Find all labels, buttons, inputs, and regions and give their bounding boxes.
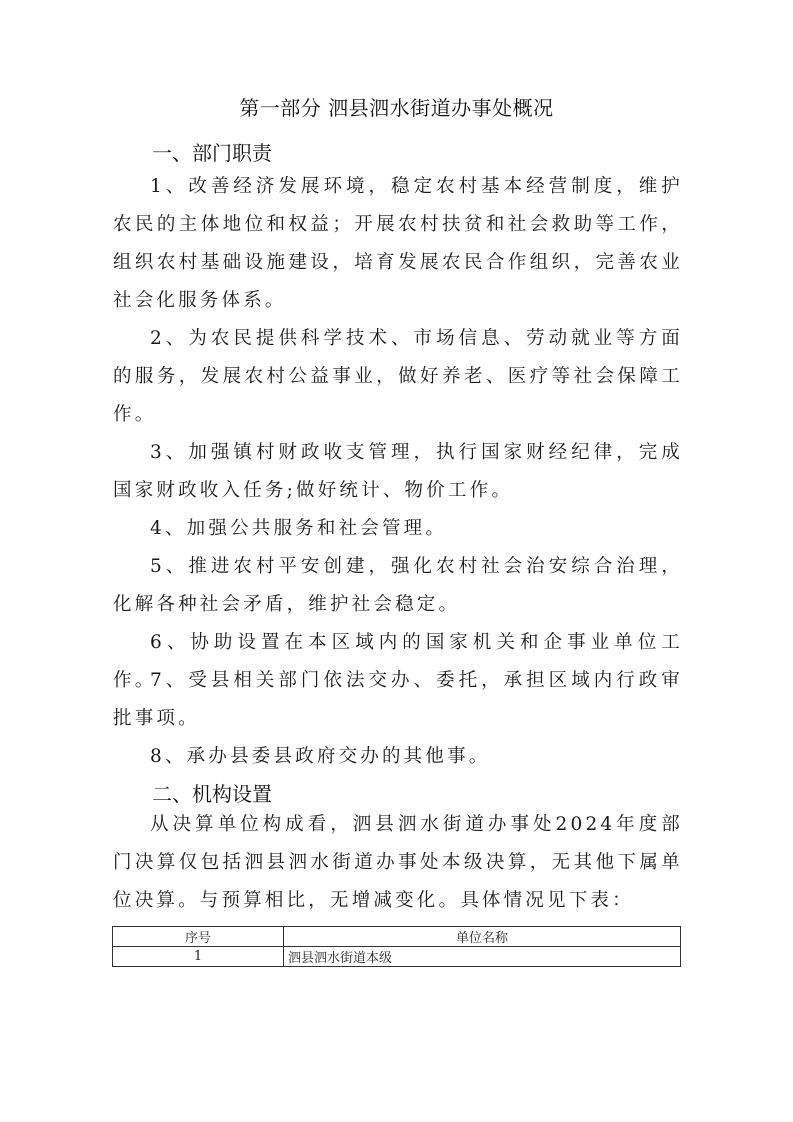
cell-unit-name: 泗县泗水街道本级 bbox=[284, 947, 681, 967]
duty-paragraph-2: 2、为农民提供科学技术、市场信息、劳动就业等方面的服务，发展农村公益事业，做好养… bbox=[113, 320, 683, 434]
duty-paragraph-1: 1、改善经济发展环境，稳定农村基本经营制度，维护农民的主体地位和权益；开展农村扶… bbox=[113, 168, 683, 320]
duty-paragraph-8: 8、承办县委县政府交办的其他事。 bbox=[113, 738, 683, 776]
section-heading-structure: 二、机构设置 bbox=[152, 778, 272, 807]
header-serial-number: 序号 bbox=[113, 927, 284, 947]
table-row: 1 泗县泗水街道本级 bbox=[113, 947, 681, 967]
units-table: 序号 单位名称 1 泗县泗水街道本级 bbox=[112, 926, 681, 967]
section-heading-duties: 一、部门职责 bbox=[152, 137, 272, 166]
duty-paragraph-4: 4、加强公共服务和社会管理。 bbox=[113, 510, 683, 548]
structure-paragraph: 从决算单位构成看，泗县泗水街道办事处2024年度部门决算仅包括泗县泗水街道办事处… bbox=[113, 806, 683, 920]
page-title: 第一部分 泗县泗水街道办事处概况 bbox=[0, 92, 793, 121]
table-header-row: 序号 单位名称 bbox=[113, 927, 681, 947]
cell-serial-number: 1 bbox=[113, 947, 284, 967]
duty-paragraph-7: 7、受县相关部门依法交办、委托，承担区域内行政审批事项。 bbox=[113, 662, 683, 738]
duty-paragraph-3: 3、加强镇村财政收支管理，执行国家财经纪律，完成国家财政收入任务;做好统计、物价… bbox=[113, 434, 683, 510]
header-unit-name: 单位名称 bbox=[284, 927, 681, 947]
duty-paragraph-5: 5、推进农村平安创建，强化农村社会治安综合治理，化解各种社会矛盾，维护社会稳定。 bbox=[113, 548, 683, 624]
